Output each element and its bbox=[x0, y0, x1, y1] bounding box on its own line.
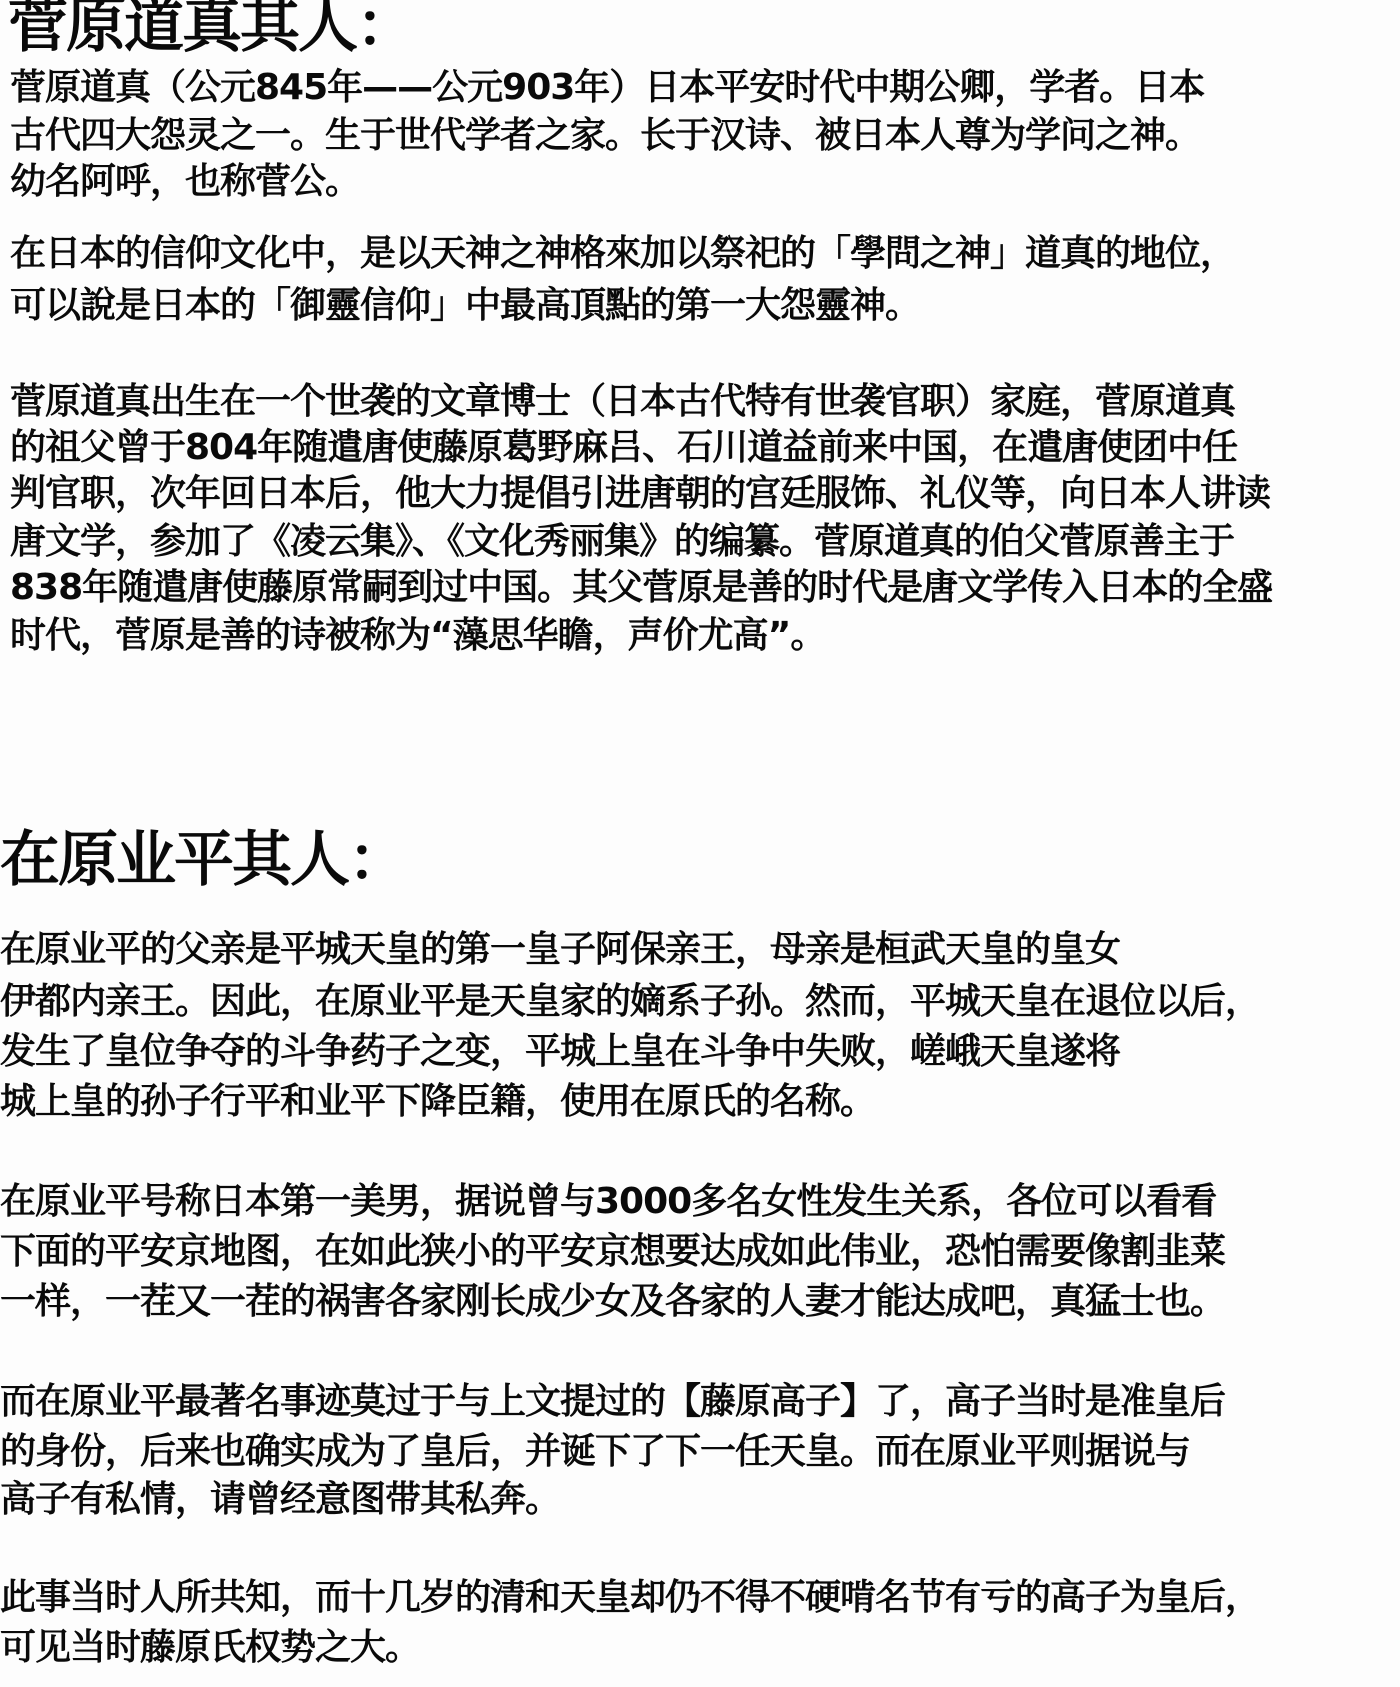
paragraph-line: 一样，一茬又一茬的祸害各家刚长成少女及各家的人妻才能达成吧，真猛士也。 bbox=[0, 1280, 1225, 1324]
paragraph-line: 伊都内亲王。因此，在原业平是天皇家的嫡系子孙。然而，平城天皇在退位以后， bbox=[0, 980, 1260, 1024]
paragraph-line: 在日本的信仰文化中，是以天神之神格來加以祭祀的「學問之神」道真的地位， bbox=[10, 232, 1235, 276]
section-heading-sugawara: 菅原道真其人： bbox=[8, 0, 414, 58]
paragraph-line: 下面的平安京地图，在如此狭小的平安京想要达成如此伟业，恐怕需要像割韭菜 bbox=[0, 1230, 1225, 1274]
paragraph-line: 发生了皇位争夺的斗争药子之变，平城上皇在斗争中失败，嵯峨天皇遂将 bbox=[0, 1030, 1120, 1074]
paragraph-line: 而在原业平最著名事迹莫过于与上文提过的【藤原高子】了，高子当时是准皇后 bbox=[0, 1380, 1225, 1424]
paragraph-line: 古代四大怨灵之一。生于世代学者之家。长于汉诗、被日本人尊为学问之神。 bbox=[10, 114, 1200, 158]
paragraph-line: 在原业平的父亲是平城天皇的第一皇子阿保亲王，母亲是桓武天皇的皇女 bbox=[0, 928, 1120, 972]
paragraph-line: 可见当时藤原氏权势之大。 bbox=[0, 1626, 420, 1670]
paragraph-line: 838年随遣唐使藤原常嗣到过中国。其父菅原是善的时代是唐文学传入日本的全盛 bbox=[10, 566, 1272, 610]
section-heading-ariwara: 在原业平其人： bbox=[0, 828, 406, 892]
paragraph-line: 的身份，后来也确实成为了皇后，并诞下了下一任天皇。而在原业平则据说与 bbox=[0, 1430, 1190, 1474]
paragraph-line: 高子有私情，请曾经意图带其私奔。 bbox=[0, 1478, 560, 1522]
paragraph-line: 在原业平号称日本第一美男，据说曾与3000多名女性发生关系，各位可以看看 bbox=[0, 1180, 1216, 1224]
paragraph-line: 幼名阿呼，也称菅公。 bbox=[10, 160, 360, 204]
paragraph-line: 菅原道真（公元845年——公元903年）日本平安时代中期公卿，学者。日本 bbox=[10, 66, 1204, 110]
paragraph-line: 此事当时人所共知，而十几岁的清和天皇却仍不得不硬啃名节有亏的高子为皇后， bbox=[0, 1576, 1260, 1620]
paragraph-line: 可以說是日本的「御靈信仰」中最高頂點的第一大怨靈神。 bbox=[10, 284, 920, 328]
paragraph-line: 菅原道真出生在一个世袭的文章博士（日本古代特有世袭官职）家庭，菅原道真 bbox=[10, 380, 1235, 424]
paragraph-line: 唐文学，参加了《凌云集》、《文化秀丽集》的编纂。菅原道真的伯父菅原善主于 bbox=[10, 520, 1234, 564]
paragraph-line: 的祖父曾于804年随遣唐使藤原葛野麻吕、石川道益前来中国，在遣唐使团中任 bbox=[10, 426, 1237, 470]
paragraph-line: 城上皇的孙子行平和业平下降臣籍，使用在原氏的名称。 bbox=[0, 1080, 875, 1124]
paragraph-line: 时代，菅原是善的诗被称为“藻思华瞻，声价尤高”。 bbox=[10, 614, 825, 658]
paragraph-line: 判官职，次年回日本后，他大力提倡引进唐朝的宫廷服饰、礼仪等，向日本人讲读 bbox=[10, 472, 1270, 516]
